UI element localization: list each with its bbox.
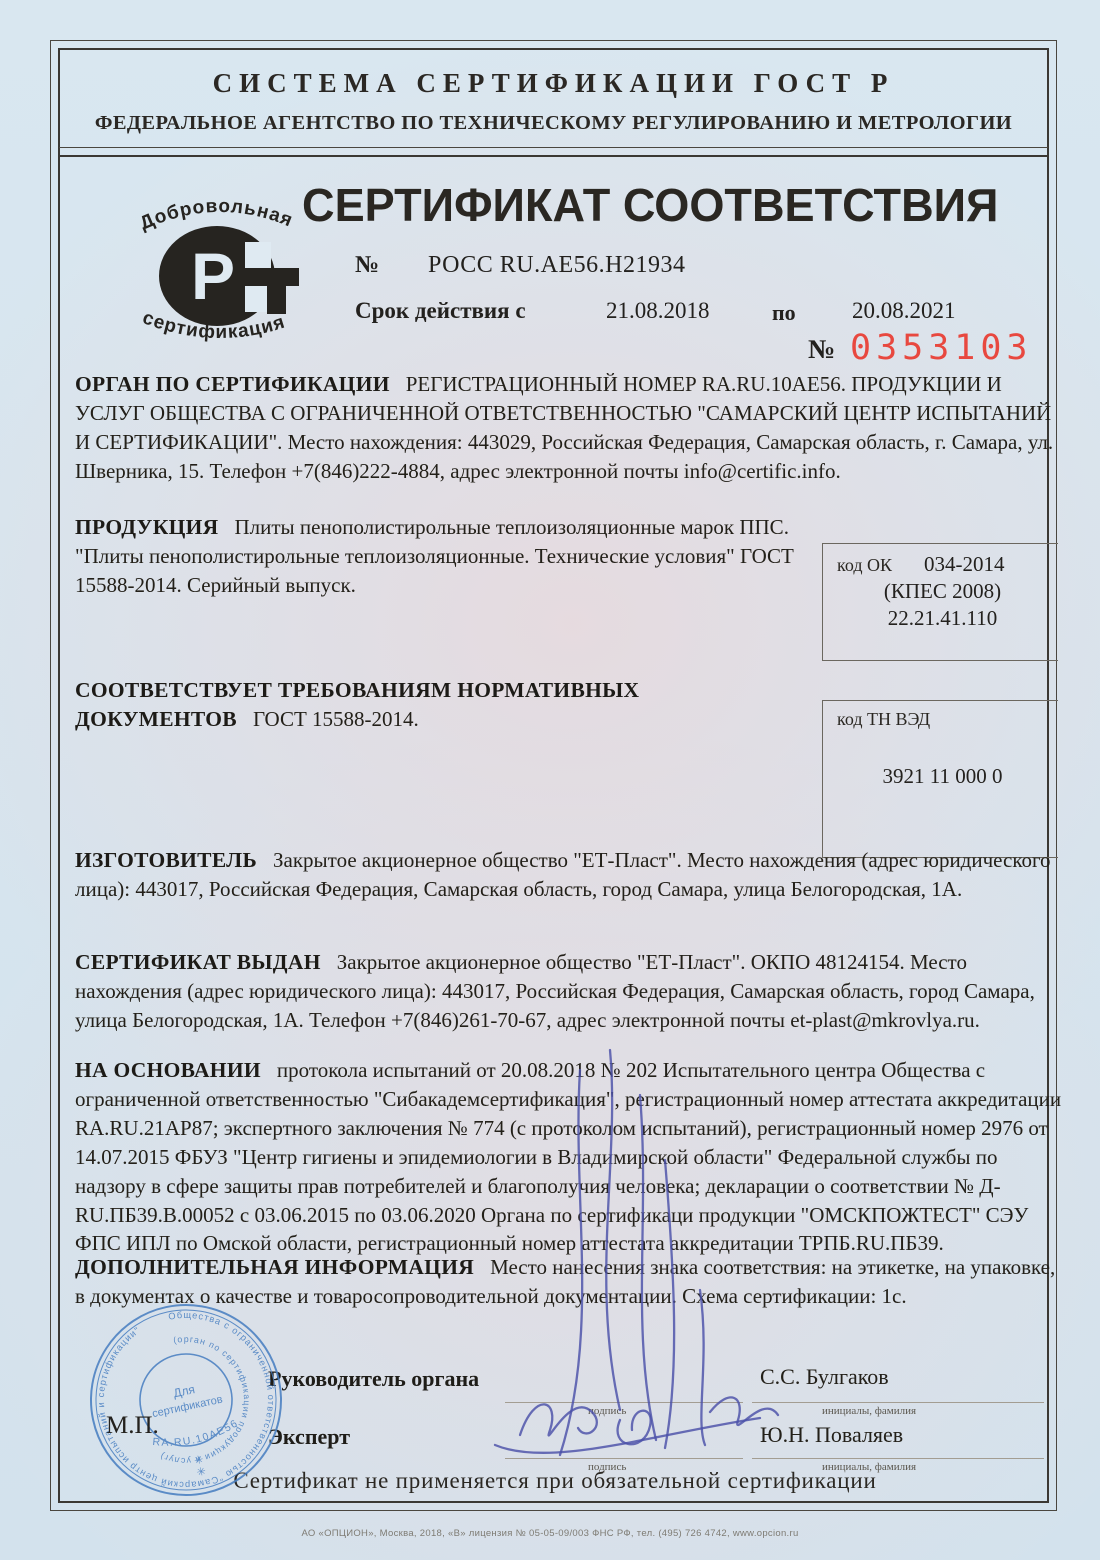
basis-text: протокола испытаний от 20.08.2018 № 202 … [75,1058,1061,1255]
certificate-title: СЕРТИФИКАТ СООТВЕТСТВИЯ [295,178,1006,232]
certification-body-label: ОРГАН ПО СЕРТИФИКАЦИИ [75,372,390,396]
federal-agency-heading: ФЕДЕРАЛЬНОЕ АГЕНТСТВО ПО ТЕХНИЧЕСКОМУ РЕ… [58,112,1049,135]
validity-label: Срок действия с [355,298,526,324]
section-product: ПРОДУКЦИЯПлиты пенополистирольные теплои… [75,513,830,600]
blank-serial-label: № [808,334,835,365]
section-basis: НА ОСНОВАНИИпротокола испытаний от 20.08… [75,1056,1063,1258]
validity-date-from: 21.08.2018 [606,298,710,324]
tnved-code-box: код ТН ВЭД 3921 11 000 0 [822,700,1058,858]
name-caption: инициалы, фамилия [822,1405,916,1417]
header-separator-thick [59,155,1048,157]
product-label: ПРОДУКЦИЯ [75,515,218,539]
expert-signature-line [505,1458,743,1459]
stamp-center-line1: Для [172,1382,196,1400]
section-manufacturer: ИЗГОТОВИТЕЛЬЗакрытое акционерное обществ… [75,846,1060,904]
head-name: С.С. Булгаков [760,1364,889,1390]
tnved-code-value: 3921 11 000 0 [837,764,1048,789]
certificate-number-label: № [355,252,379,279]
validity-to-label: по [772,300,796,326]
section-issued-to: СЕРТИФИКАТ ВЫДАНЗакрытое акционерное общ… [75,948,1063,1035]
stamp-star-2: ✳ [196,1466,208,1480]
blank-serial-number: 0353103 [850,328,1033,368]
section-conforms: СООТВЕТСТВУЕТ ТРЕБОВАНИЯМ НОРМАТИВНЫХ ДО… [75,676,840,735]
conforms-text: ГОСТ 15588-2014. [253,707,419,731]
basis-label: НА ОСНОВАНИИ [75,1058,261,1082]
manufacturer-label: ИЗГОТОВИТЕЛЬ [75,848,257,872]
printer-imprint: АО «ОПЦИОН», Москва, 2018, «В» лицензия … [0,1528,1100,1539]
validity-date-to: 20.08.2021 [852,298,956,324]
certification-body-round-stamp: Общества с ограниченной ответственностью… [67,1281,304,1518]
certificate-page: СИСТЕМА СЕРТИФИКАЦИИ ГОСТ Р ФЕДЕРАЛЬНОЕ … [0,0,1100,1560]
tnved-code-label: код ТН ВЭД [837,709,930,729]
ok-code-box: код ОК 034-2014 (КПЕС 2008) 22.21.41.110 [822,543,1058,661]
rst-letter-p: Р [191,239,235,313]
ok-code-value-line2: (КПЕС 2008) [837,579,1048,604]
ok-code-value-line1: 034-2014 [924,552,1005,576]
head-of-body-label: Руководитель органа [268,1366,479,1392]
issued-to-label: СЕРТИФИКАТ ВЫДАН [75,950,321,974]
expert-name: Ю.Н. Поваляев [760,1422,903,1448]
expert-name-line [752,1458,1044,1459]
certification-system-heading: СИСТЕМА СЕРТИФИКАЦИИ ГОСТ Р [58,68,1049,99]
additional-info-label: ДОПОЛНИТЕЛЬНАЯ ИНФОРМАЦИЯ [75,1255,474,1279]
header-separator-thin [59,147,1048,148]
section-certification-body: ОРГАН ПО СЕРТИФИКАЦИИРЕГИСТРАЦИОННЫЙ НОМ… [75,370,1055,486]
ok-code-label: код ОК [837,555,892,575]
signature-caption: подпись [588,1405,626,1417]
rst-mark-icon: Р [159,226,299,326]
ok-code-value-line3: 22.21.41.110 [837,606,1048,631]
stamp-place-label: М.П. [106,1412,159,1440]
certificate-number-value: РОСС RU.AE56.H21934 [428,252,685,279]
head-name-line [752,1402,1044,1403]
head-signature-line [505,1402,743,1403]
